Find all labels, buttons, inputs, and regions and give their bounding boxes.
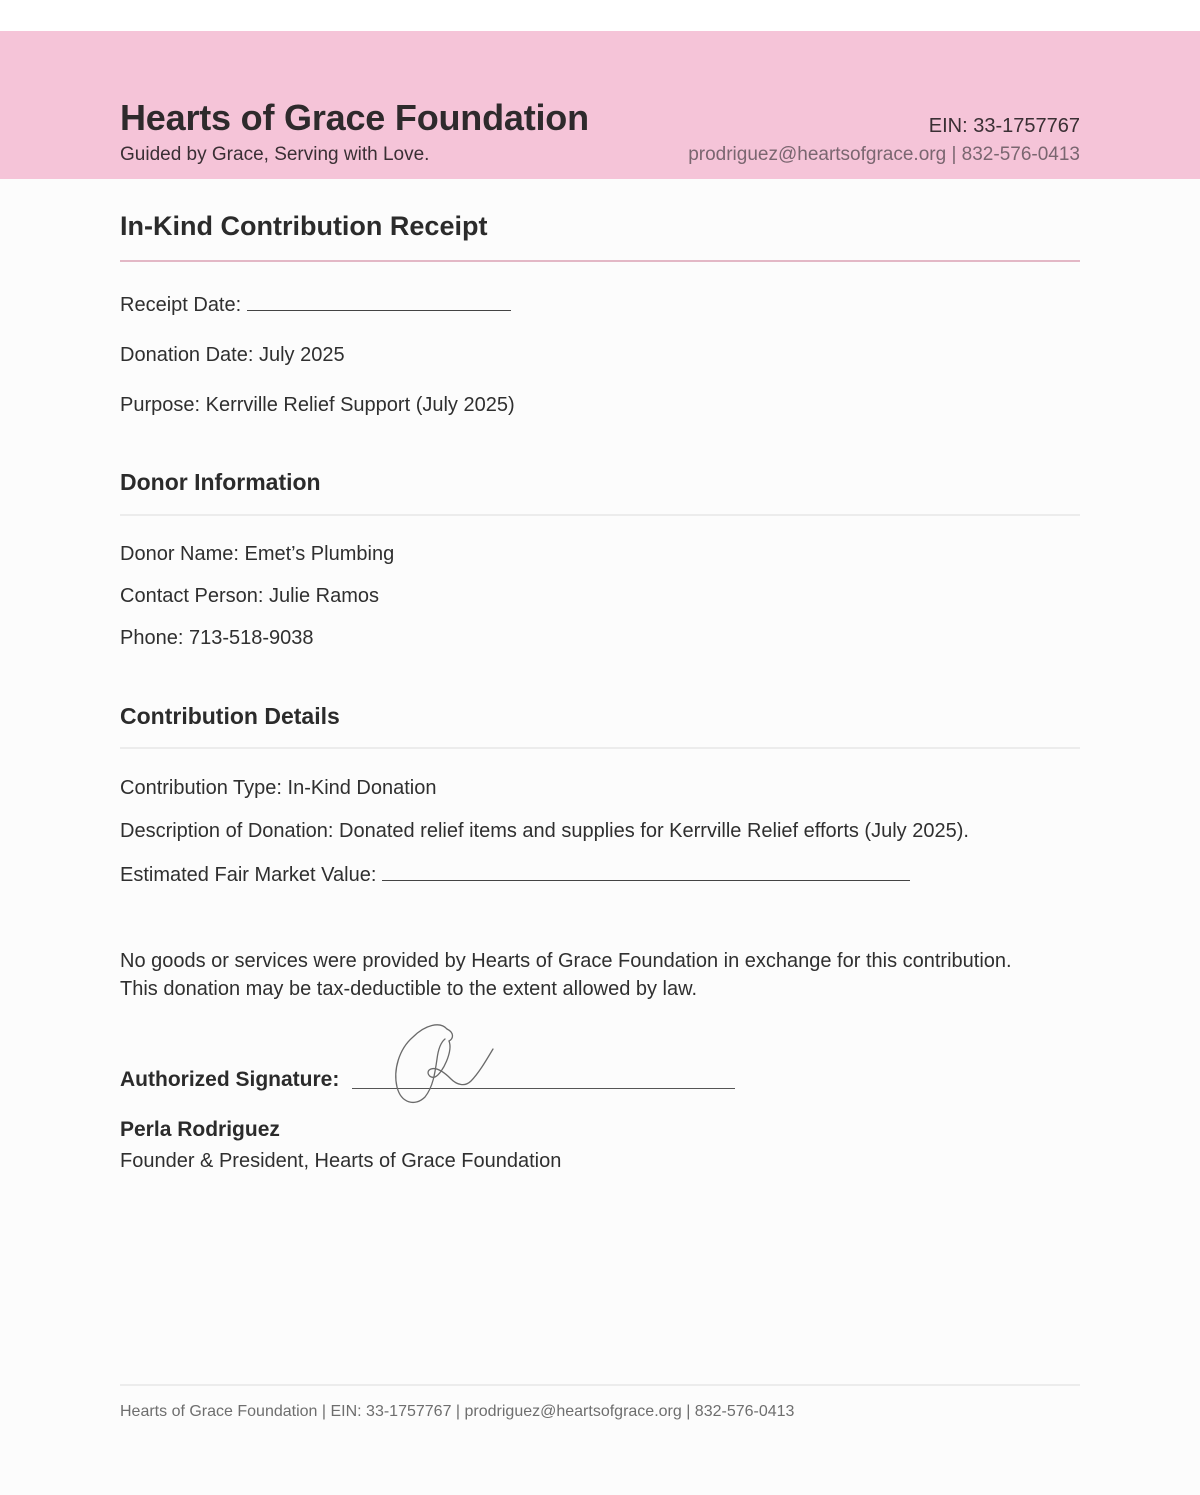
donor-section-divider — [120, 514, 1080, 516]
donation-date: Donation Date: July 2025 — [120, 344, 345, 367]
receipt-date-blank[interactable] — [247, 296, 511, 311]
receipt-date-line: Receipt Date: — [120, 294, 511, 317]
donor-information-heading: Donor Information — [120, 469, 321, 496]
contribution-details-heading: Contribution Details — [120, 703, 340, 730]
contribution-section-divider — [120, 747, 1080, 749]
fair-market-value-blank[interactable] — [382, 866, 910, 881]
document-title: In-Kind Contribution Receipt — [120, 211, 487, 242]
signer-name: Perla Rodriguez — [120, 1118, 280, 1142]
fair-market-value-label: Estimated Fair Market Value: — [120, 864, 382, 886]
page-top-margin — [0, 0, 1200, 31]
contact-person: Contact Person: Julie Ramos — [120, 585, 379, 608]
purpose: Purpose: Kerrville Relief Support (July … — [120, 394, 515, 417]
disclaimer-line-1: No goods or services were provided by He… — [120, 950, 1012, 973]
header-ein: EIN: 33-1757767 — [929, 115, 1080, 138]
header-contact: prodriguez@heartsofgrace.org | 832-576-0… — [688, 144, 1080, 166]
organization-name: Hearts of Grace Foundation — [120, 97, 589, 139]
donor-name: Donor Name: Emet’s Plumbing — [120, 543, 394, 566]
footer-divider — [120, 1384, 1080, 1386]
organization-tagline: Guided by Grace, Serving with Love. — [120, 144, 429, 166]
contribution-type: Contribution Type: In-Kind Donation — [120, 777, 437, 800]
fair-market-value-line: Estimated Fair Market Value: — [120, 864, 910, 887]
authorized-signature-label: Authorized Signature: — [120, 1068, 339, 1092]
signer-title: Founder & President, Hearts of Grace Fou… — [120, 1150, 561, 1173]
donor-phone: Phone: 713-518-9038 — [120, 627, 314, 650]
letterhead-banner: Hearts of Grace Foundation Guided by Gra… — [0, 31, 1200, 179]
handwritten-signature-icon — [385, 1015, 505, 1110]
footer-text: Hearts of Grace Foundation | EIN: 33-175… — [120, 1403, 794, 1421]
title-divider — [120, 260, 1080, 262]
disclaimer-line-2: This donation may be tax-deductible to t… — [120, 978, 697, 1001]
donation-description: Description of Donation: Donated relief … — [120, 820, 969, 843]
receipt-date-label: Receipt Date: — [120, 294, 247, 316]
